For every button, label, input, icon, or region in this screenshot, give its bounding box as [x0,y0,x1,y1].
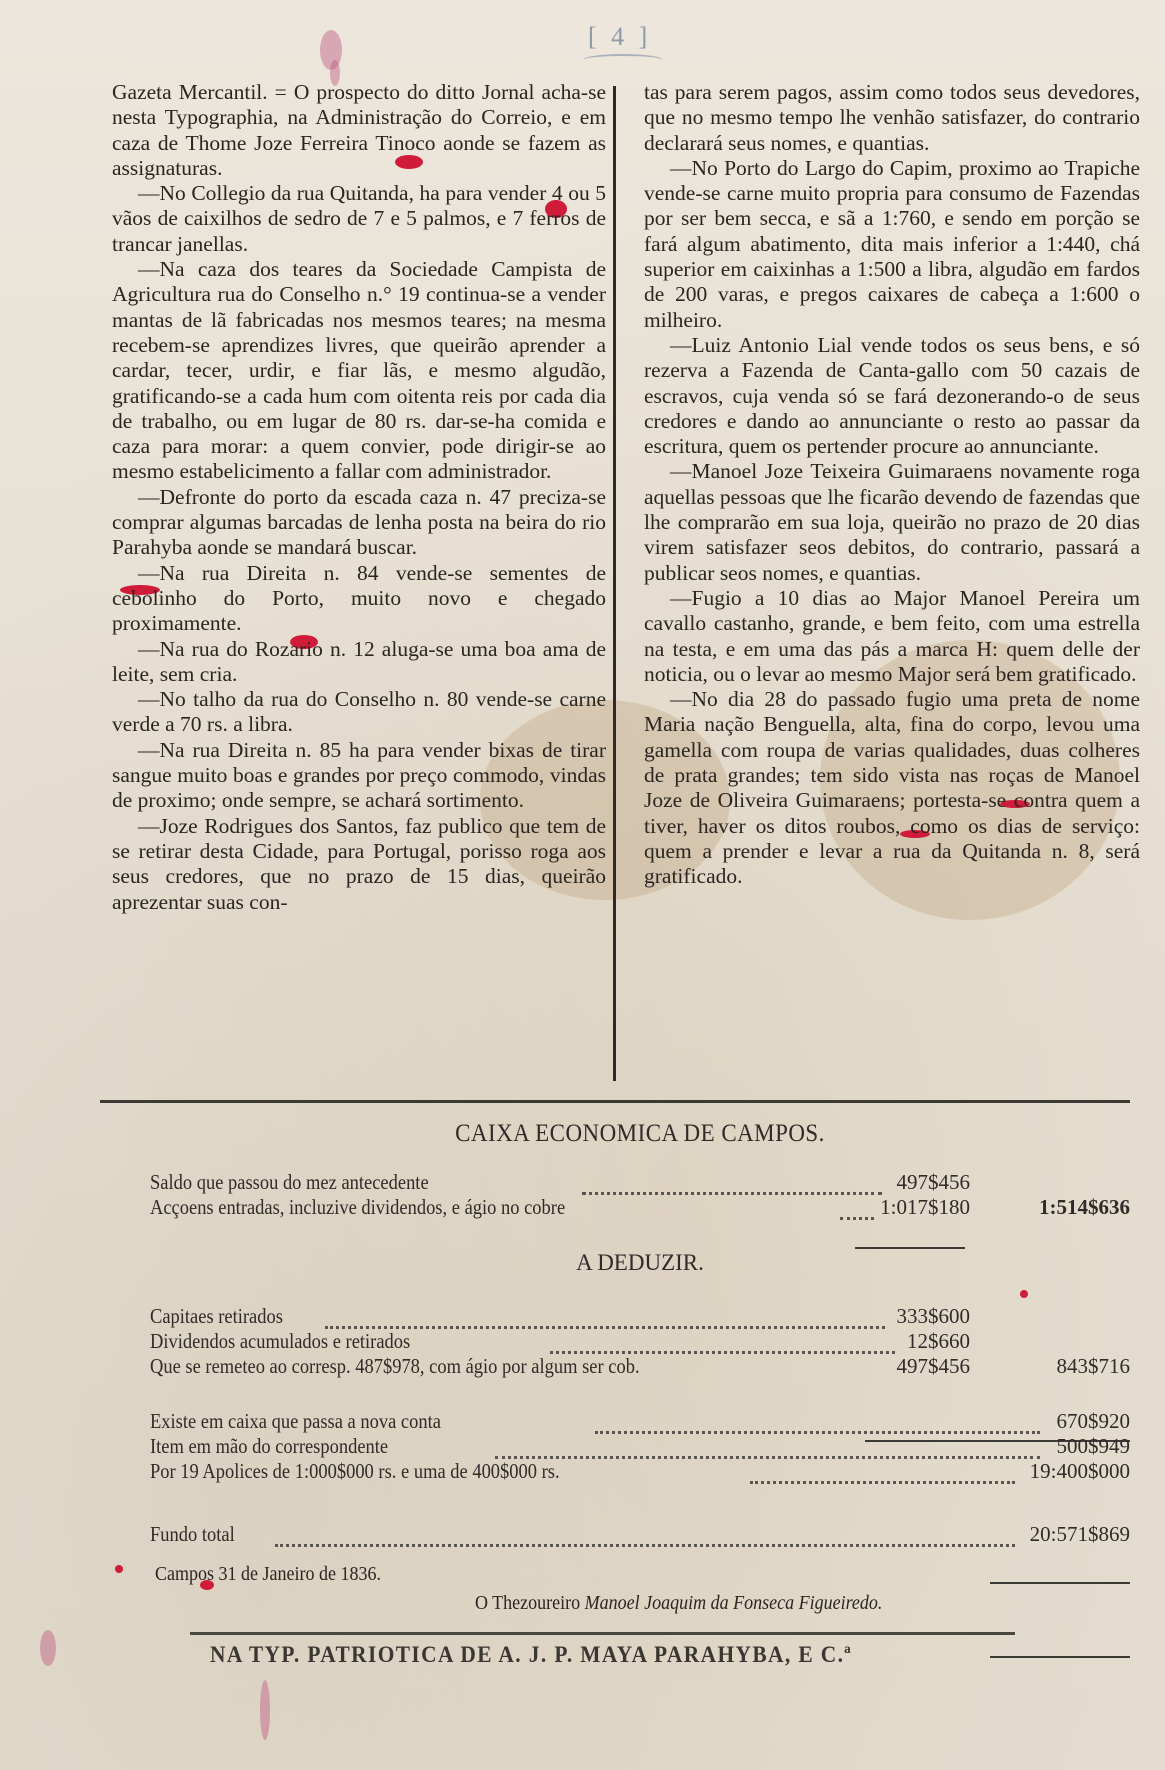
leader-dots [275,1524,1015,1547]
row-label: Item em mão do correspondente [150,1434,388,1459]
notice-paragraph: —No dia 28 do passado fugio uma preta de… [644,687,1140,889]
report-row: Por 19 Apolices de 1:000$000 rs. e uma d… [150,1459,1130,1484]
section-rule [100,1100,1130,1103]
notice-paragraph: —No Porto do Largo do Capim, proximo ao … [644,156,1140,333]
report-row: Acçoens entradas, incluzive dividendos, … [150,1195,1130,1220]
right-column: tas para serem pagos, assim como todos s… [644,80,1140,890]
row-label: Capitaes retirados [150,1304,283,1329]
stain-mark [260,1680,270,1740]
row-amount: 1:017$180 [880,1195,970,1220]
leader-dots [550,1331,895,1354]
fund-total-row: Fundo total 20:571$869 [150,1522,1130,1547]
stain-mark [40,1630,56,1666]
imprint-rule [190,1632,1015,1635]
leader-dots [582,1172,882,1195]
subtotal-rule [855,1247,965,1249]
row-label: Saldo que passou do mez antecedente [150,1170,429,1195]
page-number: [ 4 ] [588,22,651,52]
subtotal-rule [990,1582,1130,1584]
report-title: CAIXA ECONOMICA DE CAMPOS. [189,1120,1091,1148]
row-amount: 12$660 [907,1329,970,1354]
notice-paragraph: —Defronte do porto da escada caza n. 47 … [112,485,606,561]
deduct-heading: A DEDUZIR. [150,1250,1130,1276]
notice-paragraph: —No Collegio da rua Quitanda, ha para ve… [112,181,606,257]
row-label: Que se remeteo ao corresp. 487$978, com … [150,1354,640,1379]
report-date: Campos 31 de Janeiro de 1836. [155,1563,381,1586]
row-label: Por 19 Apolices de 1:000$000 rs. e uma d… [150,1459,560,1484]
treasurer-signature: O Thezoureiro Manoel Joaquim da Fonseca … [475,1592,882,1615]
row-amount: 670$920 [1057,1409,1131,1434]
report-row: Que se remeteo ao corresp. 487$978, com … [150,1354,1130,1379]
report-row: Item em mão do correspondente 500$949 [150,1434,1130,1459]
newspaper-page: [ 4 ] Gazeta Mercantil. = O prospecto do… [0,0,1165,1770]
row-amount: 19:400$000 [1030,1459,1130,1484]
notice-paragraph: tas para serem pagos, assim como todos s… [644,80,1140,156]
notice-paragraph: —Luiz Antonio Lial vende todos os seus b… [644,333,1140,459]
row-total: 843$716 [1057,1354,1131,1379]
notice-paragraph: Gazeta Mercantil. = O prospecto do ditto… [112,80,606,181]
row-total: 1:514$636 [1039,1195,1130,1220]
row-label: Existe em caixa que passa a nova conta [150,1409,441,1434]
notice-paragraph: —Fugio a 10 dias ao Major Manoel Pereira… [644,586,1140,687]
leader-dots [840,1197,874,1220]
row-label: Dividendos acumulados e retirados [150,1329,410,1354]
notice-paragraph: —Na rua Direita n. 85 ha para vender bix… [112,738,606,814]
page-number-brace [583,54,663,66]
signature-name: Manoel Joaquim da Fonseca Figueiredo. [585,1592,883,1614]
leader-dots [495,1436,1040,1459]
report-row: Existe em caixa que passa a nova conta 6… [150,1409,1130,1434]
report-row: Capitaes retirados 333$600 [150,1304,1130,1329]
notice-paragraph: —Na rua Direita n. 84 vende-se sementes … [112,561,606,637]
leader-dots [750,1461,1015,1484]
article-columns: Gazeta Mercantil. = O prospecto do ditto… [112,80,1127,1085]
row-amount: 497$456 [897,1354,971,1379]
notice-paragraph: —Na caza dos teares da Sociedade Campist… [112,257,606,485]
left-column: Gazeta Mercantil. = O prospecto do ditto… [112,80,606,915]
row-amount: 333$600 [897,1304,971,1329]
row-amount: 500$949 [1057,1434,1131,1459]
notice-paragraph: —Joze Rodrigues dos Santos, faz publico … [112,814,606,915]
signature-title: O Thezoureiro [475,1592,580,1614]
notice-paragraph: —Manoel Joze Teixeira Guimaraens novamen… [644,459,1140,585]
row-label: Fundo total [150,1522,235,1547]
ink-spot [115,1565,123,1573]
row-label: Acçoens entradas, incluzive dividendos, … [150,1195,565,1220]
report-row: Dividendos acumulados e retirados 12$660 [150,1329,1130,1354]
total-rule [990,1656,1130,1658]
notice-paragraph: —No talho da rua do Conselho n. 80 vende… [112,687,606,738]
row-amount: 497$456 [897,1170,971,1195]
report-row: Saldo que passou do mez antecedente 497$… [150,1170,1130,1195]
notice-paragraph: —Na rua do Rozario n. 12 aluga-se uma bo… [112,637,606,688]
leader-dots [595,1411,1040,1434]
leader-dots [325,1306,885,1329]
printer-imprint: NA TYP. PATRIOTICA DE A. J. P. MAYA PARA… [210,1642,852,1668]
row-amount: 20:571$869 [1030,1522,1130,1547]
financial-report: CAIXA ECONOMICA DE CAMPOS. Saldo que pas… [150,1110,1130,1547]
